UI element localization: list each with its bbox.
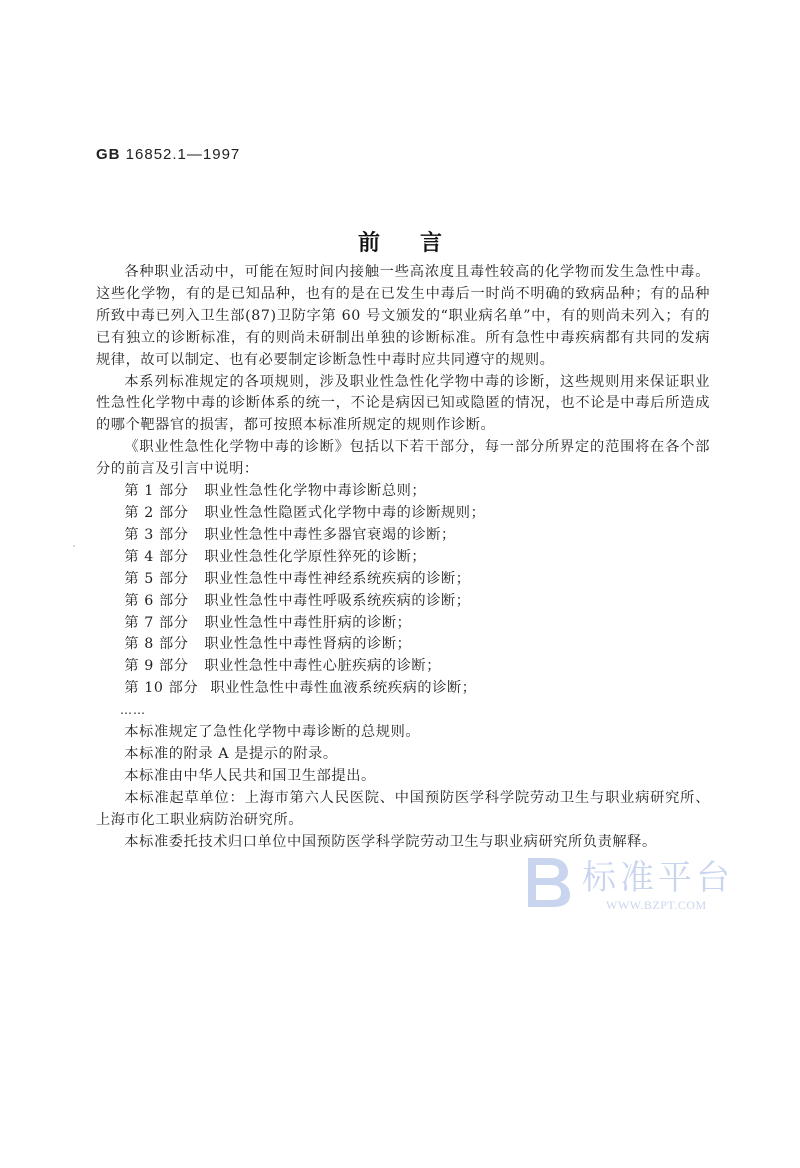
part-number: 第 3 部分 [124,525,204,547]
page-title: 前言 [0,226,800,257]
watermark-text: 标准平台 [582,850,734,899]
part-title: 职业性急性化学物中毒诊断总则； [204,483,426,499]
paragraph: 本标准的附录 A 是提示的附录。 [96,744,710,766]
list-ellipsis: …… [96,700,710,722]
list-item: 第 9 部分职业性急性中毒性心脏疾病的诊断； [96,656,710,678]
paragraph: 各种职业活动中，可能在短时间内接触一些高浓度且毒性较高的化学物而发生急性中毒。这… [96,262,710,372]
part-title: 职业性急性中毒性多器官衰竭的诊断； [204,527,455,543]
list-item: 第 6 部分职业性急性中毒性呼吸系统疾病的诊断； [96,591,710,613]
part-number: 第 7 部分 [124,613,204,635]
document-body: 各种职业活动中，可能在短时间内接触一些高浓度且毒性较高的化学物而发生急性中毒。这… [96,262,710,853]
part-title: 职业性急性中毒性呼吸系统疾病的诊断； [204,593,470,609]
document-page: GB 16852.1—1997 前言 各种职业活动中，可能在短时间内接触一些高浓… [0,0,800,1168]
paragraph: 《职业性急性化学物中毒的诊断》包括以下若干部分，每一部分所界定的范围将在各个部分… [96,437,710,481]
standard-code-number: 16852.1—1997 [126,146,241,163]
list-item: 第 2 部分职业性急性隐匿式化学物中毒的诊断规则； [96,503,710,525]
part-title: 职业性急性中毒性肝病的诊断； [204,615,411,631]
standard-code: GB 16852.1—1997 [96,146,240,163]
list-item: 第 5 部分职业性急性中毒性神经系统疾病的诊断； [96,569,710,591]
paragraph: 本标准起草单位：上海市第六人民医院、中国预防医学科学院劳动卫生与职业病研究所、上… [96,788,710,832]
part-number: 第 6 部分 [124,591,204,613]
paragraph: 本标准由中华人民共和国卫生部提出。 [96,766,710,788]
part-title: 职业性急性化学原性猝死的诊断； [204,549,426,565]
watermark-logo-icon [524,854,572,910]
parts-list: 第 1 部分职业性急性化学物中毒诊断总则； 第 2 部分职业性急性隐匿式化学物中… [96,481,710,700]
list-item: 第 3 部分职业性急性中毒性多器官衰竭的诊断； [96,525,710,547]
part-number: 第 8 部分 [124,634,204,656]
watermark-url: WWW.BZPT.COM [606,898,707,913]
paragraph: 本标准委托技术归口单位中国预防医学科学院劳动卫生与职业病研究所负责解释。 [96,832,710,854]
part-title: 职业性急性中毒性血液系统疾病的诊断； [210,680,476,696]
watermark: 标准平台 WWW.BZPT.COM [522,848,742,918]
part-number: 第 5 部分 [124,569,204,591]
list-item: 第 7 部分职业性急性中毒性肝病的诊断； [96,613,710,635]
list-item: 第 8 部分职业性急性中毒性肾病的诊断； [96,634,710,656]
scan-speck [73,545,75,547]
standard-code-prefix: GB [96,146,121,163]
part-title: 职业性急性中毒性肾病的诊断； [204,636,411,652]
part-title: 职业性急性中毒性神经系统疾病的诊断； [204,571,470,587]
part-number: 第 4 部分 [124,547,204,569]
part-title: 职业性急性中毒性心脏疾病的诊断； [204,658,441,674]
scan-speck [348,838,350,840]
list-item: 第 1 部分职业性急性化学物中毒诊断总则； [96,481,710,503]
list-item: 第 4 部分职业性急性化学原性猝死的诊断； [96,547,710,569]
part-number: 第 2 部分 [124,503,204,525]
part-title: 职业性急性隐匿式化学物中毒的诊断规则； [204,505,485,521]
paragraph: 本系列标准规定的各项规则，涉及职业性急性化学物中毒的诊断，这些规则用来保证职业性… [96,372,710,438]
part-number: 第 10 部分 [124,678,210,700]
part-number: 第 9 部分 [124,656,204,678]
part-number: 第 1 部分 [124,481,204,503]
paragraph: 本标准规定了急性化学物中毒诊断的总规则。 [96,722,710,744]
list-item: 第 10 部分职业性急性中毒性血液系统疾病的诊断； [96,678,710,700]
